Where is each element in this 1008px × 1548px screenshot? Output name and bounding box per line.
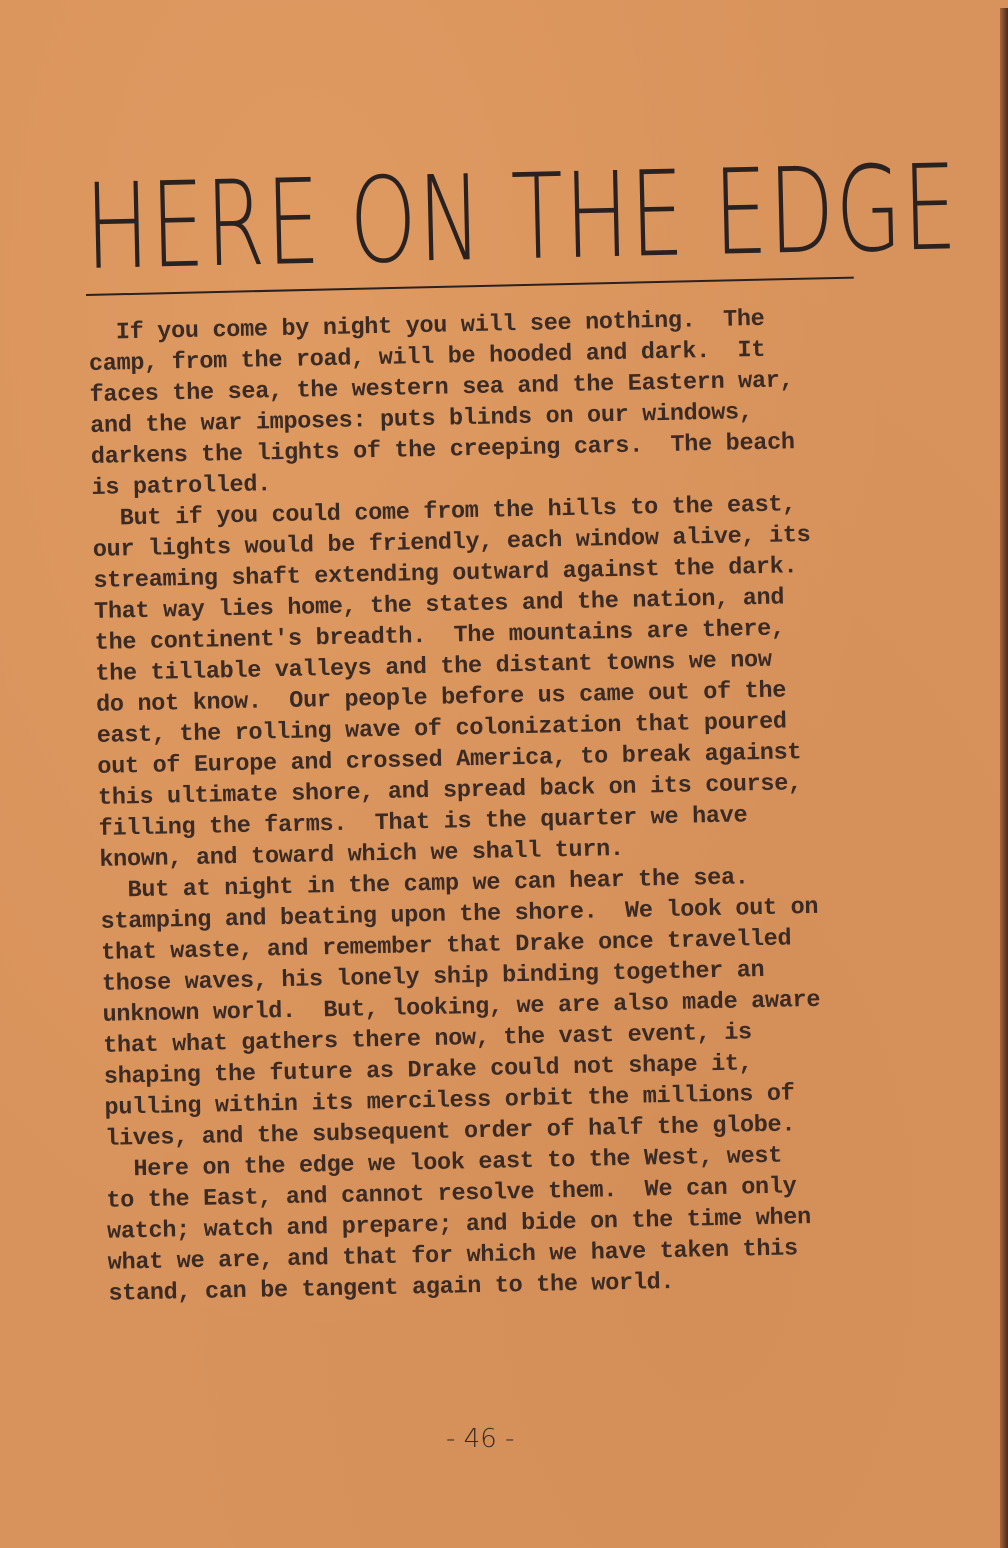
page-edge-shadow <box>1000 8 1008 1548</box>
document-page: HERE ON THE EDGE If you come by night yo… <box>0 0 1008 1548</box>
page-title: HERE ON THE EDGE <box>84 148 959 286</box>
body-text: If you come by night you will see nothin… <box>88 300 969 1310</box>
page-number: - 46 - <box>446 1424 514 1454</box>
